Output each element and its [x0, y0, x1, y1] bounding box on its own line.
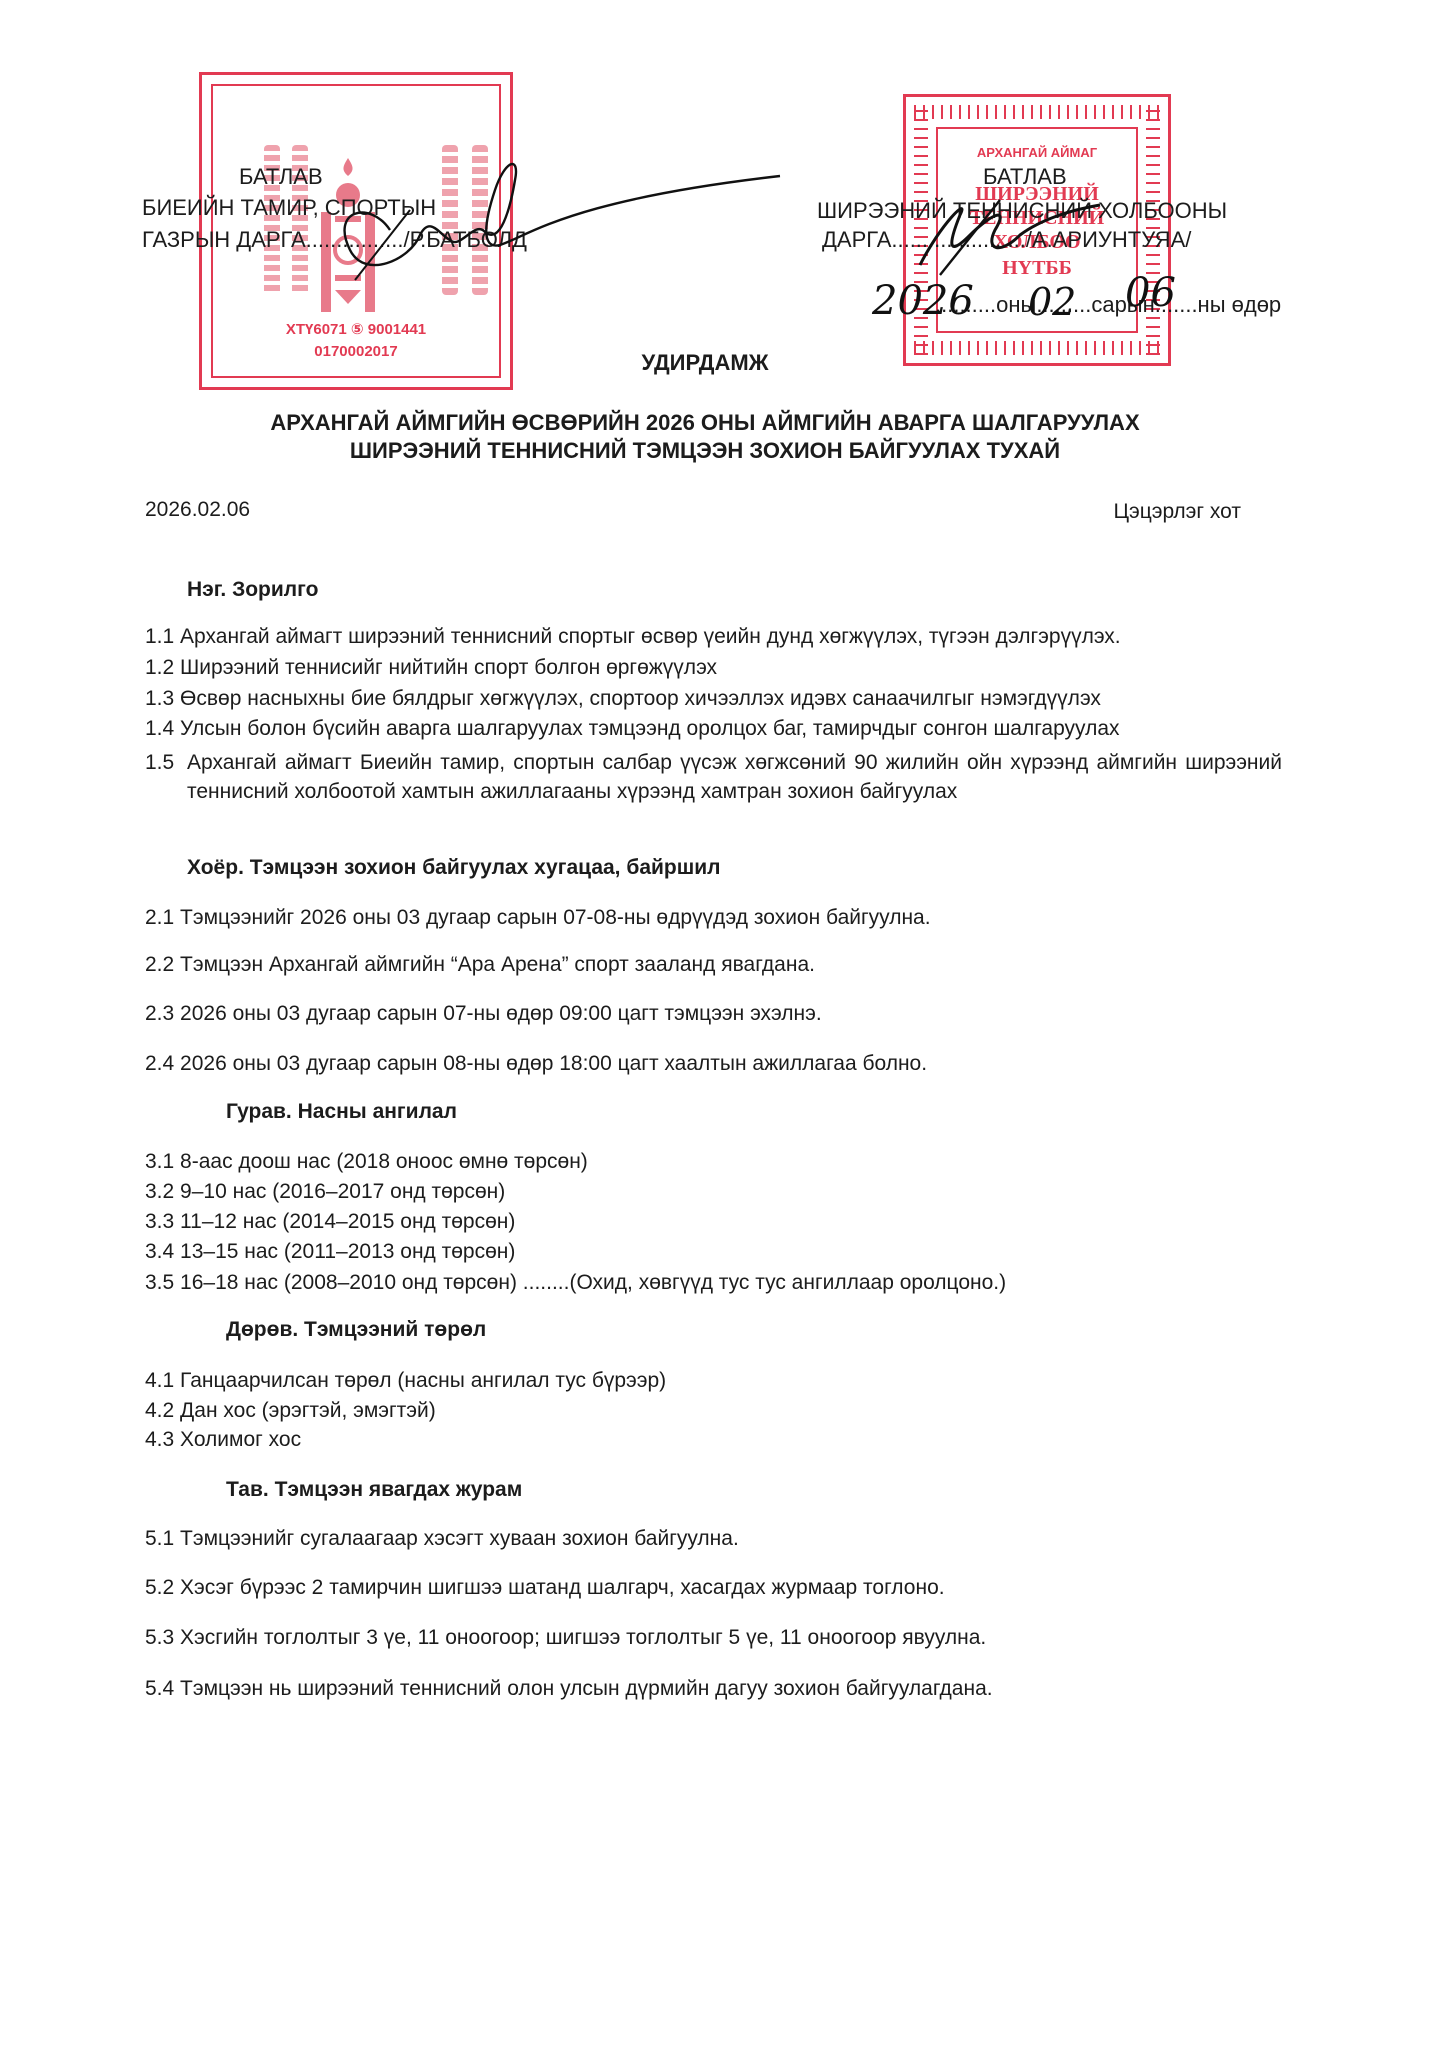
- document-date: 2026.02.06: [145, 498, 250, 522]
- approval-right-label: БАТЛАВ: [983, 164, 1067, 190]
- list-item: 2.2 Тэмцээн Архангай аймгийн “Ара Арена”…: [145, 953, 815, 977]
- approval-right-line1: ШИРЭЭНИЙ ТЕННИСНИЙ ХОЛБООНЫ: [817, 198, 1227, 224]
- list-item: 4.1 Ганцаарчилсан төрөл (насны ангилал т…: [145, 1369, 666, 1393]
- list-item: 1.1 Архангай аймагт ширээний теннисний с…: [145, 625, 1121, 649]
- list-item: 3.2 9–10 нас (2016–2017 онд төрсөн): [145, 1180, 505, 1204]
- list-item: 3.3 11–12 нас (2014–2015 онд төрсөн): [145, 1210, 515, 1234]
- document-title-line1: АРХАНГАЙ АЙМГИЙН ӨСВӨРИЙН 2026 ОНЫ АЙМГИ…: [0, 410, 1410, 436]
- list-item: 4.2 Дан хос (эрэгтэй, эмэгтэй): [145, 1399, 436, 1423]
- list-item: 5.1 Тэмцээнийг сугалаагаар хэсэгт хуваан…: [145, 1527, 739, 1551]
- handwritten-year: 2026: [872, 278, 974, 324]
- section-heading-3: Гурав. Насны ангилал: [226, 1100, 457, 1124]
- handwritten-day: 06: [1125, 270, 1176, 316]
- approval-left-line2: ГАЗРЫН ДАРГА................/Р.БАТБОЛД: [142, 227, 527, 253]
- list-item: 1.5 Архангай аймагт Биеийн тамир, спорты…: [145, 748, 1282, 806]
- mongolian-script-column: [442, 145, 458, 295]
- approval-right-date-line: ..........оны.........сарын.......ны өдө…: [935, 292, 1281, 318]
- stamp-aimag: АРХАНГАЙ АЙМАГ: [906, 145, 1168, 160]
- list-item: 5.2 Хэсэг бүрээс 2 тамирчин шигшээ шатан…: [145, 1576, 945, 1600]
- list-item: 3.5 16–18 нас (2008–2010 онд төрсөн) ...…: [145, 1271, 1006, 1295]
- list-item: 2.1 Тэмцээнийг 2026 оны 03 дугаар сарын …: [145, 906, 931, 930]
- list-item: 2.3 2026 оны 03 дугаар сарын 07-ны өдөр …: [145, 1002, 822, 1026]
- stamp-code-1: ХТҮ6071 ⑤ 9001441: [202, 320, 510, 338]
- list-item: 3.4 13–15 нас (2011–2013 онд төрсөн): [145, 1240, 515, 1264]
- section-heading-2: Хоёр. Тэмцээн зохион байгуулах хугацаа, …: [187, 856, 721, 880]
- list-item: 5.4 Тэмцээн нь ширээний теннисний олон у…: [145, 1677, 993, 1701]
- list-item: 3.1 8-аас доош нас (2018 оноос өмнө төрс…: [145, 1150, 588, 1174]
- list-item: 1.2 Ширээний теннисийг нийтийн спорт бол…: [145, 656, 717, 680]
- list-item: 1.3 Өсвөр насныхны бие бялдрыг хөгжүүлэх…: [145, 687, 1101, 711]
- list-item: 2.4 2026 оны 03 дугаар сарын 08-ны өдөр …: [145, 1052, 927, 1076]
- section-heading-5: Тав. Тэмцээн явагдах журам: [226, 1478, 522, 1502]
- list-item: 5.3 Хэсгийн тоглолтыг 3 үе, 11 оноогоор;…: [145, 1626, 986, 1650]
- list-item: 4.3 Холимог хос: [145, 1428, 301, 1452]
- section-heading-4: Дөрөв. Тэмцээний төрөл: [226, 1318, 486, 1342]
- mongolian-script-column: [472, 145, 488, 295]
- section-heading-1: Нэг. Зорилго: [187, 578, 318, 602]
- approval-left-label: БАТЛАВ: [239, 164, 323, 190]
- approval-right-line2: ДАРГА....................../А.АРИУНТУЯА/: [822, 227, 1191, 253]
- document-type: УДИРДАМЖ: [0, 350, 1410, 376]
- list-item: 1.4 Улсын болон бүсийн аварга шалгаруула…: [145, 717, 1120, 741]
- document-location: Цэцэрлэг хот: [1113, 500, 1241, 524]
- handwritten-month: 02: [1028, 280, 1076, 324]
- document-title-line2: ШИРЭЭНИЙ ТЕННИСНИЙ ТЭМЦЭЭН ЗОХИОН БАЙГУУ…: [0, 438, 1410, 464]
- approval-left-line1: БИЕИЙН ТАМИР, СПОРТЫН: [142, 195, 436, 221]
